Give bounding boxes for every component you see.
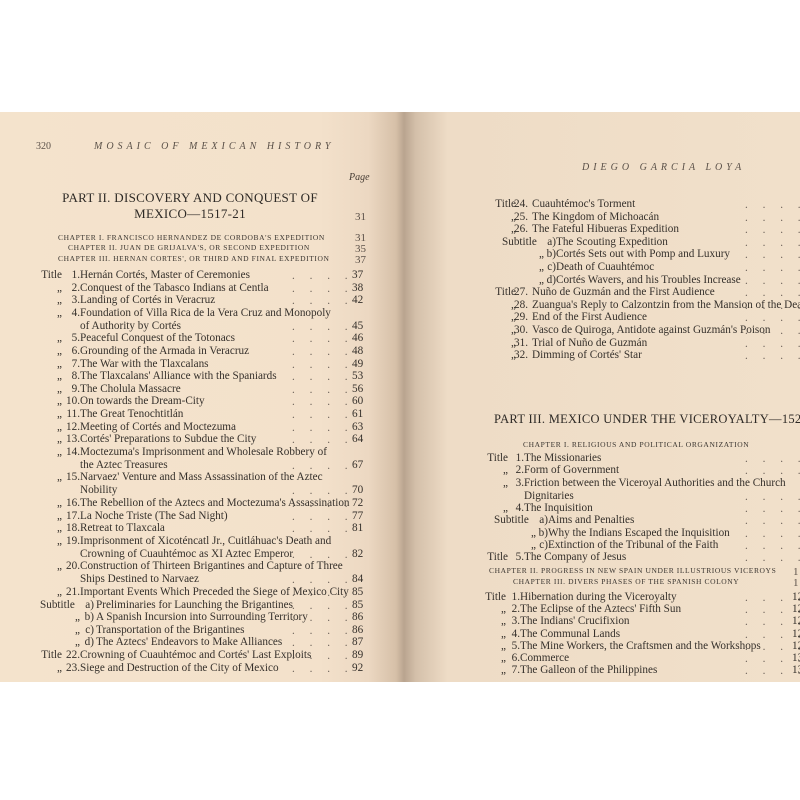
entry-title: Dimming of Cortés' Star (532, 349, 642, 361)
chapter-3: CHAPTER III. HERNAN CORTES', OR THIRD AN… (58, 254, 330, 263)
entry-title: Trial of Nuño de Guzmán (532, 337, 647, 349)
entry-title: Imprisonment of Xicoténcatl Jr., Cuitláh… (80, 535, 331, 547)
entry-page: 56 (352, 383, 363, 395)
entry-number: 4. (506, 502, 524, 514)
leader-dots: . . . . (745, 540, 800, 552)
entry-page: 42 (352, 294, 363, 306)
leader-dots: . . . . (745, 262, 800, 274)
entry-number: 5. (502, 640, 520, 652)
entry-title: Siege and Destruction of the City of Mex… (80, 662, 279, 674)
entry-page: 53 (352, 370, 363, 382)
entry-title: A Spanish Incursion into Surrounding Ter… (96, 611, 308, 623)
entry-page: 63 (352, 421, 363, 433)
entry-title: Peaceful Conquest of the Totonacs (80, 332, 235, 344)
entry-number: 14. (62, 446, 80, 458)
leader-dots: . . . . (745, 275, 800, 287)
chapter-3-page: 37 (355, 254, 366, 266)
entry-prefix: „ (34, 497, 62, 509)
entry-title-continued: Crowning of Cuauhtémoc as XI Aztec Emper… (80, 548, 293, 560)
entry-number: 16. (62, 497, 80, 509)
part-page: 31 (355, 211, 366, 223)
entry-title: The Indians' Crucifixion (520, 615, 630, 627)
entry-prefix: „ (34, 395, 62, 407)
entry-number: 1. (502, 591, 520, 603)
leader-dots: . . . . (745, 503, 800, 515)
toc-entry: „3.Friction between the Viceroyal Author… (400, 477, 800, 491)
leader-dots: . . . . (292, 384, 354, 396)
entry-prefix: „ (34, 433, 62, 445)
part-iii-title: PART III. MEXICO UNDER THE VICEROYALTY—1… (494, 412, 800, 427)
entry-page: 12 (792, 603, 800, 615)
leader-dots: . . . . (292, 498, 354, 510)
entry-title-continued: of Authority by Cortés (80, 320, 181, 332)
entry-prefix: „ (480, 464, 508, 476)
entry-prefix: „ (34, 446, 62, 458)
entry-page: 92 (352, 662, 363, 674)
chapter-2: CHAPTER II. PROGRESS IN NEW SPAIN UNDER … (489, 566, 776, 575)
chapter-1: CHAPTER I. FRANCISCO HERNANDEZ DE CORDOB… (58, 233, 325, 242)
entry-prefix: „ (34, 307, 62, 319)
entry-title-continued: Nobility (80, 484, 117, 496)
left-page: 320 MOSAIC OF MEXICAN HISTORY Page PART … (0, 112, 400, 682)
entry-number: 5. (506, 551, 524, 563)
entry-title: The Kingdom of Michoacán (532, 211, 659, 223)
entry-number: 2. (62, 282, 80, 294)
entry-prefix: „ (34, 522, 62, 534)
entry-prefix: Subtitle (40, 599, 74, 611)
entry-number: 6. (502, 652, 520, 664)
entry-number: 1. (506, 452, 524, 464)
leader-dots: . . . . (745, 212, 800, 224)
entry-prefix: „ (34, 662, 62, 674)
leader-dots: . . . . (292, 422, 354, 434)
leader-dots: . . . . (292, 321, 354, 333)
entry-title: The Cholula Massacre (80, 383, 181, 395)
entry-page: 64 (352, 433, 363, 445)
entry-title: Friction between the Viceroyal Authoriti… (524, 477, 786, 489)
toc-entry: „14.Moctezuma's Imprisonment and Wholesa… (0, 446, 400, 460)
leader-dots: . . . . (292, 295, 354, 307)
entry-title: The Galleon of the Philippines (520, 664, 657, 676)
entry-prefix: „ (34, 282, 62, 294)
entry-page: 37 (352, 269, 363, 281)
leader-dots: . . . . (745, 325, 800, 337)
entry-title: Crowning of Cuauhtémoc and Cortés' Last … (80, 649, 311, 661)
page-column-label: Page (349, 172, 370, 183)
entry-title: Cuauhtémoc's Torment (532, 198, 635, 210)
entry-title: Foundation of Villa Rica de la Vera Cruz… (80, 307, 331, 319)
entry-title: The Scouting Expedition (556, 236, 668, 248)
entry-title: Construction of Thirteen Brigantines and… (80, 560, 343, 572)
entry-number: b) (76, 611, 94, 623)
leader-dots: . . . . (292, 625, 354, 637)
entry-prefix: „ (34, 535, 62, 547)
toc-entry: „32.Dimming of Cortés' Star (400, 349, 800, 363)
leader-dots: . . . . (292, 637, 354, 649)
leader-dots: . . . . (745, 552, 800, 564)
entry-page: 81 (352, 522, 363, 534)
entry-page: 12 (792, 615, 800, 627)
entry-title: The War with the Tlaxcalans (80, 358, 209, 370)
entry-number: 3. (62, 294, 80, 306)
toc-entry: Title5.The Company of Jesus (400, 551, 800, 565)
leader-dots: . . . . (745, 249, 800, 261)
entry-title: The Inquisition (524, 502, 593, 514)
entry-page: 86 (352, 624, 363, 636)
entry-title: Commerce (520, 652, 569, 664)
entry-number: 5. (62, 332, 80, 344)
entry-title: Death of Cuauhtémoc (556, 261, 654, 273)
chapter-3: CHAPTER III. DIVERS PHASES OF THE SPANIS… (513, 577, 739, 586)
entry-number: 2. (502, 603, 520, 615)
entry-page: 45 (352, 320, 363, 332)
entry-page: 46 (352, 332, 363, 344)
leader-dots: . . . . (745, 338, 800, 350)
entry-number: a) (538, 236, 556, 248)
entry-page: 38 (352, 282, 363, 294)
running-head: MOSAIC OF MEXICAN HISTORY (94, 141, 334, 152)
entry-number: d) (76, 636, 94, 648)
leader-dots: . . . . (292, 523, 354, 535)
entry-title: Narvaez' Venture and Mass Assassination … (80, 471, 323, 483)
entry-number: 3. (506, 477, 524, 489)
entry-title: The Company of Jesus (524, 551, 626, 563)
entry-title: Transportation of the Brigantines (96, 624, 244, 636)
entry-prefix: „ (34, 471, 62, 483)
entry-prefix: „ (34, 370, 62, 382)
leader-dots: . . . . (292, 650, 354, 662)
leader-dots: . . . . (292, 396, 354, 408)
entry-prefix: Subtitle (502, 236, 536, 248)
leader-dots: . . . . (745, 287, 800, 299)
entry-number: 29. (510, 311, 528, 323)
leader-dots: . . . . (745, 350, 800, 362)
entry-prefix: „ (34, 421, 62, 433)
entry-page: 77 (352, 510, 363, 522)
entry-prefix: Subtitle (494, 514, 528, 526)
leader-dots: . . . . (745, 491, 800, 503)
entry-prefix: „ (480, 502, 508, 514)
part-title-line2: MEXICO—1517-21 (40, 206, 340, 222)
toc-entry: „19.Imprisonment of Xicoténcatl Jr., Cui… (0, 535, 400, 549)
leader-dots: . . . . (292, 612, 354, 624)
entry-number: 8. (62, 370, 80, 382)
leader-dots: . . . . (745, 237, 800, 249)
entry-title: The Communal Lands (520, 628, 620, 640)
entry-title: Aims and Penalties (548, 514, 634, 526)
leader-dots: . . . . (292, 511, 354, 523)
entry-prefix: „ (34, 358, 62, 370)
entry-prefix: „ (480, 477, 508, 489)
entry-title-continued: Ships Destined to Narvaez (80, 573, 199, 585)
entry-number: 11. (62, 408, 80, 420)
entry-number: 3. (502, 615, 520, 627)
leader-dots: . . . . (292, 346, 354, 358)
entry-title: Retreat to Tlaxcala (80, 522, 165, 534)
entry-page: 61 (352, 408, 363, 420)
entry-number: 27. (510, 286, 528, 298)
entry-prefix: Title (34, 269, 62, 281)
entry-title: Why the Indians Escaped the Inquisition (548, 527, 730, 539)
entry-number: 30. (510, 324, 528, 336)
leader-dots: . . . . (745, 300, 800, 312)
entry-number: 9. (62, 383, 80, 395)
chapter-3-page: 1 (793, 577, 799, 589)
entry-number: 28. (510, 299, 528, 311)
entry-number: b) (530, 527, 548, 539)
entry-number: 31. (510, 337, 528, 349)
entry-page: 86 (352, 611, 363, 623)
entry-number: 19. (62, 535, 80, 547)
leader-dots: . . . . (292, 574, 354, 586)
entry-number: 22. (62, 649, 80, 661)
entry-title: The Aztecs' Endeavors to Make Alliances (96, 636, 282, 648)
entry-title: Cortés Wavers, and his Troubles Increase (556, 274, 741, 286)
entry-number: 32. (510, 349, 528, 361)
entry-title: The Missionaries (524, 452, 601, 464)
entry-page: 13 (792, 664, 800, 676)
entry-title: Vasco de Quiroga, Antidote against Guzmá… (532, 324, 770, 336)
entry-prefix: „ (34, 560, 62, 572)
entry-title: The Mine Workers, the Craftsmen and the … (520, 640, 761, 652)
entry-title: Extinction of the Tribunal of the Faith (548, 539, 718, 551)
book-spread: 320 MOSAIC OF MEXICAN HISTORY Page PART … (0, 112, 800, 682)
entry-title: Form of Government (524, 464, 619, 476)
toc-entry: „4.Foundation of Villa Rica de la Vera C… (0, 307, 400, 321)
part-title-line1: PART II. DISCOVERY AND CONQUEST OF (40, 190, 340, 206)
chapter-2: CHAPTER II. JUAN DE GRIJALVA'S, OR SECON… (68, 243, 310, 252)
entry-title: Preliminaries for Launching the Briganti… (96, 599, 293, 611)
entry-prefix: „ (34, 586, 62, 598)
entry-page: 85 (352, 586, 363, 598)
entry-prefix: Title (480, 452, 508, 464)
entry-title: End of the First Audience (532, 311, 647, 323)
entry-title-continued: the Aztec Treasures (80, 459, 168, 471)
entry-number: 1. (62, 269, 80, 281)
leader-dots: . . . . (292, 371, 354, 383)
entry-title: Moctezuma's Imprisonment and Wholesale R… (80, 446, 327, 458)
entry-number: 6. (62, 345, 80, 357)
entry-page: 12 (792, 591, 800, 603)
entry-page: 70 (352, 484, 363, 496)
entry-prefix: „ (34, 332, 62, 344)
entry-page: 87 (352, 636, 363, 648)
leader-dots: . . . . (745, 312, 800, 324)
entry-page: 82 (352, 548, 363, 560)
entry-page: 85 (352, 599, 363, 611)
leader-dots: . . . . (292, 587, 354, 599)
entry-title: Grounding of the Armada in Veracruz (80, 345, 249, 357)
entry-prefix: „ (34, 294, 62, 306)
entry-title: Nuño de Guzmán and the First Audience (532, 286, 715, 298)
entry-number: 26. (510, 223, 528, 235)
entry-number: 15. (62, 471, 80, 483)
entry-number: b) (538, 248, 556, 260)
entry-title: Conquest of the Tabasco Indians at Centl… (80, 282, 269, 294)
entry-number: 13. (62, 433, 80, 445)
leader-dots: . . . . (292, 460, 354, 472)
leader-dots: . . . . (745, 224, 800, 236)
chapter-1: CHAPTER I. RELIGIOUS AND POLITICAL ORGAN… (523, 440, 749, 449)
entry-number: 21. (62, 586, 80, 598)
entry-title: On towards the Dream-City (80, 395, 205, 407)
entry-number: c) (530, 539, 548, 551)
running-head: DIEGO GARCIA LOYA (582, 162, 745, 173)
entry-title: Landing of Cortés in Veracruz (80, 294, 215, 306)
entry-number: 7. (502, 664, 520, 676)
page-number: 320 (36, 141, 51, 152)
entry-page: 12 (792, 640, 800, 652)
entry-number: d) (538, 274, 556, 286)
entry-number: 12. (62, 421, 80, 433)
entry-prefix: „ (34, 383, 62, 395)
entry-number: 24. (510, 198, 528, 210)
toc-entry: „7.The Galleon of the Philippines (400, 664, 800, 678)
leader-dots: . . . . (292, 359, 354, 371)
leader-dots: . . . . (292, 333, 354, 345)
entry-prefix: Title (480, 551, 508, 563)
entry-number: 20. (62, 560, 80, 572)
entry-page: 89 (352, 649, 363, 661)
right-page: DIEGO GARCIA LOYA Title24.Cuauhtémoc's T… (400, 112, 800, 682)
entry-title: Hernán Cortés, Master of Ceremonies (80, 269, 250, 281)
entry-number: 4. (62, 307, 80, 319)
leader-dots: . . . . (292, 409, 354, 421)
toc-entry: „20.Construction of Thirteen Brigantines… (0, 560, 400, 574)
toc-entry: „15.Narvaez' Venture and Mass Assassinat… (0, 471, 400, 485)
entry-prefix: „ (34, 408, 62, 420)
entry-title: Meeting of Cortés and Moctezuma (80, 421, 236, 433)
leader-dots: . . . . (745, 199, 800, 211)
entry-number: 18. (62, 522, 80, 534)
leader-dots: . . . . (745, 453, 800, 465)
entry-number: 17. (62, 510, 80, 522)
entry-page: 12 (792, 628, 800, 640)
entry-page: 67 (352, 459, 363, 471)
entry-number: 10. (62, 395, 80, 407)
entry-page: 49 (352, 358, 363, 370)
leader-dots: . . . . (292, 283, 354, 295)
leader-dots: . . . . (292, 549, 354, 561)
entry-page: 60 (352, 395, 363, 407)
leader-dots: . . . . (292, 434, 354, 446)
entry-number: 4. (502, 628, 520, 640)
entry-title: La Noche Triste (The Sad Night) (80, 510, 228, 522)
leader-dots: . . . . (745, 528, 800, 540)
entry-number: 2. (506, 464, 524, 476)
entry-number: a) (530, 514, 548, 526)
entry-number: c) (538, 261, 556, 273)
entry-page: 13 (792, 652, 800, 664)
entry-title-continued: Dignitaries (524, 490, 574, 502)
entry-page: 48 (352, 345, 363, 357)
entry-number: c) (76, 624, 94, 636)
entry-page: 72 (352, 497, 363, 509)
entry-prefix: „ (34, 510, 62, 522)
entry-title: The Tlaxcalans' Alliance with the Spania… (80, 370, 277, 382)
entry-title: Cortés' Preparations to Subdue the City (80, 433, 256, 445)
entry-title: Cortés Sets out with Pomp and Luxury (556, 248, 730, 260)
entry-title: The Fateful Hibueras Expedition (532, 223, 679, 235)
leader-dots: . . . . (292, 663, 354, 675)
entry-prefix: „ (34, 345, 62, 357)
leader-dots: . . . . (745, 515, 800, 527)
leader-dots: . . . . (745, 465, 800, 477)
entry-title: The Great Tenochtitlán (80, 408, 183, 420)
entry-title: The Eclipse of the Aztecs' Fifth Sun (520, 603, 681, 615)
entry-number: 25. (510, 211, 528, 223)
leader-dots: . . . . (292, 485, 354, 497)
leader-dots: . . . . (292, 600, 354, 612)
entry-number: a) (76, 599, 94, 611)
entry-prefix: Title (34, 649, 62, 661)
entry-page: 84 (352, 573, 363, 585)
leader-dots: . . . . (292, 270, 354, 282)
entry-title: Hibernation during the Viceroyalty (520, 591, 677, 603)
entry-number: 7. (62, 358, 80, 370)
entry-number: 23. (62, 662, 80, 674)
